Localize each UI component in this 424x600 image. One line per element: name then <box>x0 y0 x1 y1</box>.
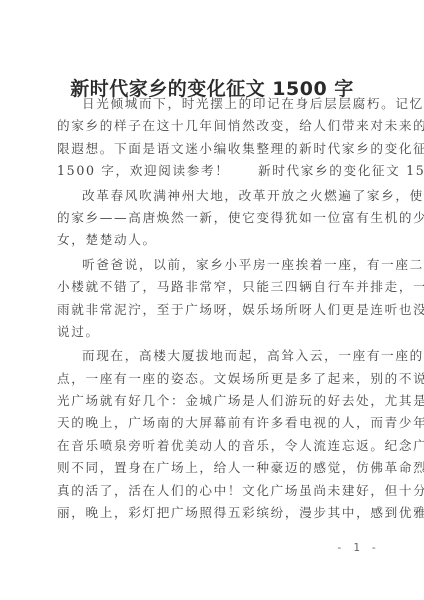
paragraph-line: 小楼就不错了，马路非常窄，只能三四辆自行车并排走，一下 <box>57 276 373 298</box>
paragraph-line: 说过。 <box>57 321 373 343</box>
paragraph-line: 天的晚上，广场南的大屏幕前有许多看电视的人，而青少年则 <box>57 412 373 434</box>
paragraph-line: 改革春风吹满神州大地，改革开放之火燃遍了家乡，使我 <box>57 185 373 207</box>
paragraph-line: 的家乡的样子在这十几年间悄然改变，给人们带来对未来的无 <box>57 115 373 137</box>
paragraph-line: 光广场就有好几个：金城广场是人们游玩的好去处，尤其是夏 <box>57 390 373 412</box>
paragraph-line: 1500 字，欢迎阅读参考！ 新时代家乡的变化征文 1500 字 1 <box>57 160 373 182</box>
document-page: 新时代家乡的变化征文 1500 字 日光倾城而下，时光摆上的印记在身后层层腐朽。… <box>0 0 424 600</box>
paragraph-line: 点，一座有一座的姿态。文娱场所更是多了起来，别的不说， <box>57 368 373 390</box>
paragraph-line: 则不同，置身在广场上，给人一种豪迈的感觉，仿佛革命烈士 <box>57 457 373 479</box>
paragraph-line: 听爸爸说，以前，家乡小平房一座挨着一座，有一座二层 <box>57 254 373 276</box>
paragraph-line: 真的活了，活在人们的心中！文化广场虽尚未建好，但十分美 <box>57 480 373 502</box>
page-number: - 1 - <box>336 541 379 554</box>
paragraph-line: 限遐想。下面是语文迷小编收集整理的新时代家乡的变化征文 <box>57 138 373 160</box>
document-body: 日光倾城而下，时光摆上的印记在身后层层腐朽。记忆里 的家乡的样子在这十几年间悄然… <box>57 93 373 524</box>
paragraph-line: 而现在，高楼大厦拔地而起，高耸入云，一座有一座的特 <box>57 345 373 367</box>
paragraph-line: 女，楚楚动人。 <box>57 229 373 251</box>
paragraph-line: 在音乐喷泉旁听着优美动人的音乐，令人流连忘返。纪念广场 <box>57 435 373 457</box>
paragraph-line: 雨就非常泥泞，至于广场呀，娱乐场所呀人们更是连听也没听 <box>57 299 373 321</box>
paragraph-line: 日光倾城而下，时光摆上的印记在身后层层腐朽。记忆里 <box>57 93 373 115</box>
paragraph-line: 的家乡——高唐焕然一新，使它变得犹如一位富有生机的少 <box>57 207 373 229</box>
paragraph-line: 丽，晚上，彩灯把广场照得五彩缤纷，漫步其中，感到优雅至 <box>57 502 373 524</box>
